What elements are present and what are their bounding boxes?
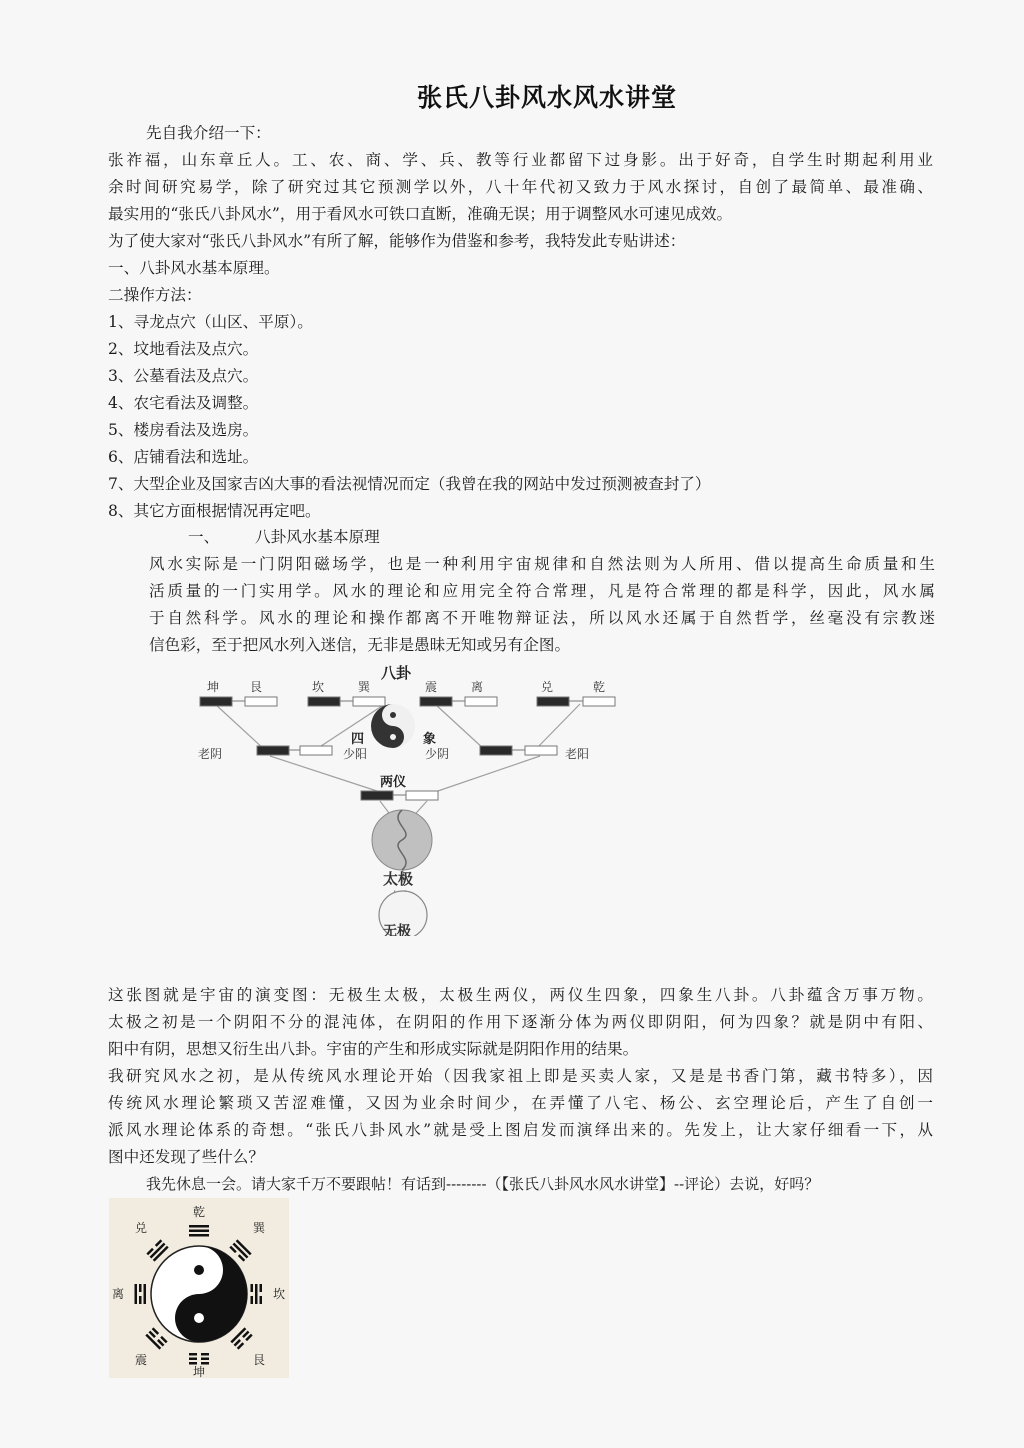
svg-text:震: 震	[135, 1353, 147, 1367]
outline-section-one: 一、八卦风水基本原理。	[108, 255, 280, 281]
svg-text:老阴: 老阴	[198, 746, 222, 761]
evolution-line-3: 阳中有阴，思想又衍生出八卦。宇宙的产生和形成实际就是阴阳作用的结果。	[108, 1036, 638, 1062]
closing-line: 我先休息一会。请大家千万不要跟帖！有话到--------（【张氏八卦风水风水讲堂…	[146, 1171, 819, 1197]
section-title: 八卦风水基本原理	[255, 528, 380, 546]
intro-line-2: 余时间研究易学，除了研究过其它预测学以外，八十年代初又致力于风水探讨，自创了最简…	[108, 174, 933, 200]
svg-text:坎: 坎	[273, 1286, 285, 1301]
bagua-image: 乾 坤 离 坎 兑 巽 震 艮	[109, 1198, 289, 1378]
intro-heading: 先自我介绍一下：	[146, 120, 271, 146]
svg-text:少阳: 少阳	[343, 746, 367, 761]
svg-text:兑: 兑	[541, 679, 553, 694]
label-bagua: 八卦	[381, 664, 412, 682]
svg-text:离: 离	[471, 680, 483, 694]
method-item-6: 6、店铺看法和选址。	[108, 444, 258, 470]
svg-text:震: 震	[425, 680, 437, 694]
document-page: 张氏八卦风水风水讲堂 先自我介绍一下： 张祚福，山东章丘人。工、农、商、学、兵、…	[0, 0, 1024, 1448]
svg-text:两仪: 两仪	[380, 774, 406, 790]
principle-line-3: 于自然科学。风水的理论和操作都离不开唯物辩证法，所以风水还属于自然哲学，丝毫没有…	[149, 605, 935, 631]
svg-text:离: 离	[112, 1287, 124, 1301]
svg-text:无极: 无极	[383, 923, 411, 936]
principle-line-1: 风水实际是一门阴阳磁场学，也是一种利用宇宙规律和自然法则为人所用、借以提高生命质…	[149, 551, 935, 577]
section-number: 一、	[188, 524, 255, 550]
svg-text:乾: 乾	[193, 1204, 205, 1219]
svg-text:兑: 兑	[135, 1220, 147, 1235]
svg-text:坎: 坎	[312, 679, 324, 694]
evolution-line-1: 这张图就是宇宙的演变图：无极生太极，太极生两仪，两仪生四象，四象生八卦。八卦蕴含…	[108, 982, 933, 1008]
evolution-diagram: 八卦 坤 艮 坎 巽 震 离 兑 乾	[195, 664, 625, 936]
research-line-4: 图中还发现了些什么？	[108, 1144, 264, 1170]
method-item-4: 4、农宅看法及调整。	[108, 390, 258, 416]
intro-line-3: 最实用的“张氏八卦风水”，用于看风水可铁口直断，准确无误；用于调整风水可速见成效…	[108, 201, 732, 227]
yin-yang-icon	[371, 704, 415, 748]
outline-section-two: 二操作方法：	[108, 282, 202, 308]
svg-text:乾: 乾	[593, 679, 605, 694]
section-heading: 一、八卦风水基本原理	[188, 524, 380, 550]
method-item-2: 2、坟地看法及点穴。	[108, 336, 258, 362]
research-line-1: 我研究风水之初，是从传统风水理论开始（因我家祖上即是买卖人家，又是是书香门第，藏…	[108, 1063, 933, 1089]
svg-text:老阳: 老阳	[565, 746, 589, 761]
svg-text:象: 象	[423, 731, 436, 747]
research-line-2: 传统风水理论繁琐又苦涩难懂，又因为业余时间少，在弄懂了八宅、杨公、玄空理论后，产…	[108, 1090, 933, 1116]
purpose-line: 为了使大家对“张氏八卦风水”有所了解，能够作为借鉴和参考，我特发此专贴讲述：	[108, 228, 685, 254]
svg-text:艮: 艮	[250, 680, 262, 694]
svg-text:坤: 坤	[207, 679, 219, 694]
svg-text:坤: 坤	[193, 1364, 205, 1378]
svg-text:巽: 巽	[253, 1221, 266, 1235]
taiji-icon	[372, 810, 432, 870]
method-item-3: 3、公墓看法及点穴。	[108, 363, 258, 389]
method-item-8: 8、其它方面根据情况再定吧。	[108, 498, 321, 524]
principle-line-4: 信色彩，至于把风水列入迷信，无非是愚昧无知或另有企图。	[149, 632, 570, 658]
evolution-line-2: 太极之初是一个阴阳不分的混沌体，在阴阳的作用下逐渐分体为两仪即阴阳，何为四象？就…	[108, 1009, 933, 1035]
page-title: 张氏八卦风水风水讲堂	[0, 78, 1024, 114]
intro-line-1: 张祚福，山东章丘人。工、农、商、学、兵、教等行业都留下过身影。出于好奇，自学生时…	[108, 147, 933, 173]
svg-text:艮: 艮	[253, 1353, 265, 1367]
svg-text:太极: 太极	[383, 870, 413, 888]
method-item-5: 5、楼房看法及选房。	[108, 417, 258, 443]
svg-text:巽: 巽	[358, 680, 371, 694]
principle-line-2: 活质量的一门实用学。风水的理论和应用完全符合常理，凡是符合常理的都是科学，因此，…	[149, 578, 935, 604]
svg-text:四: 四	[351, 732, 364, 747]
svg-text:少阴: 少阴	[425, 746, 449, 761]
method-item-7: 7、大型企业及国家吉凶大事的看法视情况而定（我曾在我的网站中发过预测被查封了）	[108, 471, 710, 497]
method-item-1: 1、寻龙点穴（山区、平原）。	[108, 309, 313, 335]
yin-yang-icon	[151, 1246, 247, 1342]
research-line-3: 派风水理论体系的奇想。“张氏八卦风水”就是受上图启发而演绎出来的。先发上，让大家…	[108, 1117, 933, 1143]
